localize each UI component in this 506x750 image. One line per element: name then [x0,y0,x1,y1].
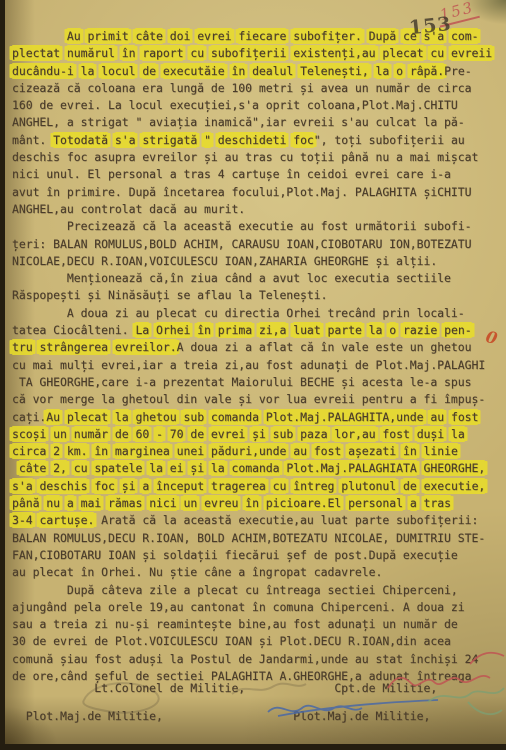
document-line: avut în primire. După încetarea focului,… [12,184,506,201]
scanned-document-page: Au primit câte doi evrei fiecare subofiț… [0,0,506,750]
document-line: deschis foc asupra evreilor și au tras c… [12,149,506,166]
document-line: BALAN ROMULUS,DECU R.IOAN, BOLD ACHIM,BO… [12,530,506,547]
document-line: NICOLAE,DECU R.IOAN,VOICULESCU IOAN,ZAHA… [12,253,506,270]
document-line: TA GHEORGHE,care i-a prezentat Maiorului… [12,374,506,391]
document-line: cizează că coloana era lungă de 100 metr… [12,80,506,97]
document-line: au plecat în Orhei. Nu știe câne a îngro… [12,564,506,581]
document-line: comună șiau fost aduși la Postul de Jand… [12,651,506,668]
document-line: câte 2, cu spatele la ei și la comanda P… [12,460,506,477]
document-line: Lt.Colonel de Militie, Cpt.de Militie, [12,680,506,697]
document-line: cu mai mulți evrei,iar a treia zi,au fos… [12,357,506,374]
document-line: 30 de evrei de Plot.VOICULESCU IOAN și P… [12,633,506,650]
document-text: Au primit câte doi evrei fiecare subofiț… [12,28,506,725]
document-line: tatea Ciocâlteni. La Orhei în prima zi,a… [12,322,506,339]
document-line: că vor merge la ghetoul din vale și vor … [12,391,506,408]
document-line: ajungând pela orele 19,au cantonat în co… [12,599,506,616]
document-line: ANGHEL,au controlat dacă au murit. [12,201,506,218]
document-line: Precizează că la această executie au fos… [12,218,506,235]
document-line: ANGHEL, a strigat " aviația inamică",iar… [12,114,506,131]
document-line: FAN,CIOBOTARU IOAN și soldații fiecărui … [12,547,506,564]
document-line: 160 de evrei. La locul execuției,s'a opr… [12,97,506,114]
document-line: tru strângerea evreilor.A doua zi a afla… [12,339,506,356]
document-line: țeri: BALAN ROMULUS,BOLD ACHIM, CARAUSU … [12,236,506,253]
document-line: până nu a mai rămas nici un evreu în pic… [12,495,506,512]
document-line: mânt. Totodată s'a strigată " deschideti… [12,132,506,149]
document-line: plectat numărul în raport cu subofițerii… [12,45,506,62]
document-line: Plot.Maj.de Militie, Plot.Maj.de Militie… [12,708,506,725]
document-line: nici unul. El personal a tras 4 cartușe … [12,166,506,183]
document-line: circa 2 km. în marginea unei păduri,unde… [12,443,506,460]
document-line: s'a deschis foc și a început tragerea cu… [12,478,506,495]
document-line: sau a treia zi nu-și reamintește bine,au… [12,616,506,633]
document-line: 3-4 cartușe. Arată că la această executi… [12,512,506,529]
document-line: A doua zi au plecat cu directia Orhei tr… [12,305,506,322]
document-line: Menționează că,în ziua când a avut loc e… [12,270,506,287]
document-line: ducându-i la locul de executăie în dealu… [12,63,506,80]
document-line: cați.Au plecat la ghetou sub comanda Plo… [12,409,506,426]
document-line: După câteva zile a plecat cu întreaga se… [12,582,506,599]
document-line: Au primit câte doi evrei fiecare subofiț… [12,28,506,45]
document-line: Răspopești și Ninăsăuți se aflau la Tele… [12,287,506,304]
document-line: scoși un număr de 60 - 70 de evrei și su… [12,426,506,443]
